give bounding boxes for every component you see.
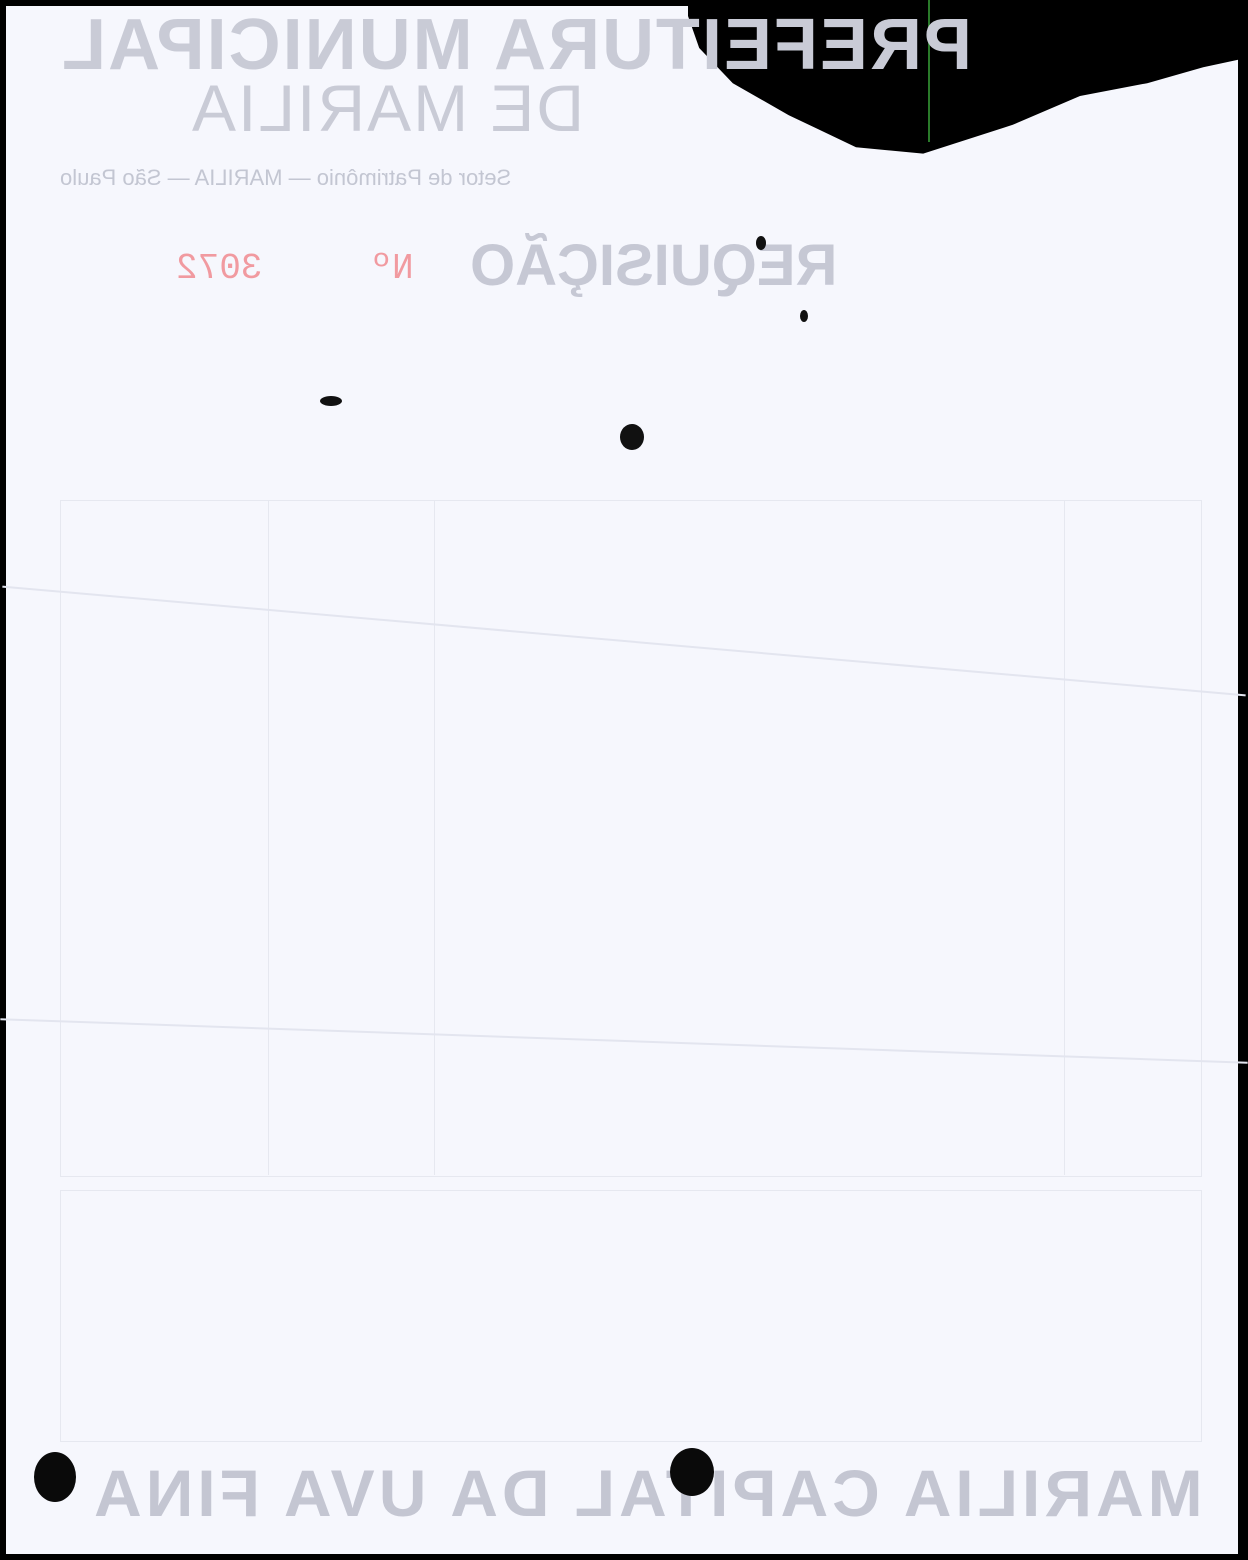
- ink-spot: [756, 236, 766, 250]
- table-divider: [1064, 500, 1065, 1175]
- ink-spot: [620, 424, 644, 450]
- table-divider: [434, 500, 435, 1175]
- ink-spot: [800, 310, 808, 322]
- punch-hole: [670, 1448, 714, 1496]
- punch-hole: [34, 1452, 76, 1502]
- table-divider: [268, 500, 269, 1175]
- form-number: Nº 3072: [176, 248, 414, 289]
- ink-spot: [320, 396, 342, 406]
- header-line3: Setor de Patrimônio — MARILIA — São Paul…: [60, 165, 511, 191]
- form-title: REQUISIÇÃO: [470, 232, 837, 299]
- table-outline: [60, 500, 1202, 1177]
- signature-box: [60, 1190, 1202, 1442]
- footer-slogan: MARILIA CAPITAL DA UVA FINA: [90, 1455, 1203, 1531]
- header-line2: DE MARILIA: [190, 70, 584, 146]
